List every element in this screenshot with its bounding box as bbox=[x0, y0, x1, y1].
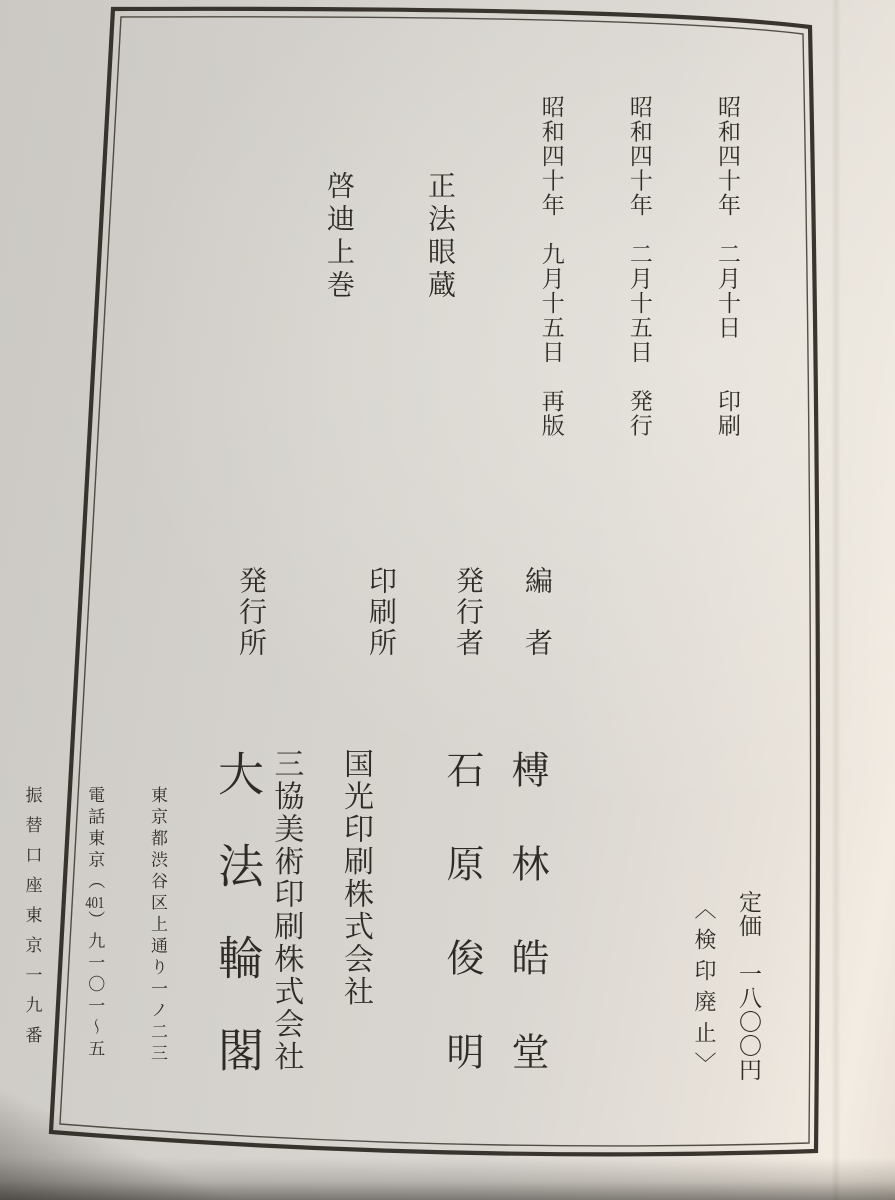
seal-abolished-note: 〈検印廃止〉 bbox=[691, 897, 717, 1083]
book-subtitle: 啓迪上巻 bbox=[321, 171, 356, 303]
photo-corner-shadow bbox=[0, 1090, 300, 1200]
publication-dates: 昭和四十年 二月十日 印刷 昭和四十年 二月十五日 発行 昭和四十年 九月十五日… bbox=[477, 95, 777, 438]
publisher-name: 大法輪閣 bbox=[211, 750, 262, 1118]
phone-prefix: 電話東京（ bbox=[85, 786, 104, 894]
book-colophon-photo: 昭和四十年 二月十日 印刷 昭和四十年 二月十五日 発行 昭和四十年 九月十五日… bbox=[0, 0, 895, 1200]
postal-transfer-line: 振替口座東京一九番 bbox=[21, 786, 42, 1066]
publisher-address-block: 東京都渋谷区上通り一ノ二三 電話東京（401）九一〇一〜五 振替口座東京一九番 bbox=[0, 786, 203, 1066]
editor-label: 編 者 bbox=[519, 566, 553, 659]
printer-name: 国光印刷株式会社 bbox=[338, 748, 372, 1073]
date-line-issue: 昭和四十年 二月十五日 発行 bbox=[626, 95, 653, 438]
book-title-block: 正法眼蔵 啓迪上巻 bbox=[255, 171, 493, 303]
page-crease-shadow bbox=[831, 0, 841, 1200]
book-title: 正法眼蔵 bbox=[422, 171, 457, 303]
publisher-label: 発行所 bbox=[233, 566, 267, 659]
publisher-person-label: 発行者 bbox=[450, 566, 484, 659]
price-label: 定価 一八〇〇円 bbox=[735, 890, 762, 1082]
address-line: 東京都渋谷区上通り一ノ二三 bbox=[146, 786, 167, 1066]
phone-line: 電話東京（401）九一〇一〜五 bbox=[84, 786, 105, 1066]
phone-suffix: ）九一〇一〜五 bbox=[85, 911, 104, 1062]
date-line-printing: 昭和四十年 二月十日 印刷 bbox=[714, 95, 741, 438]
printer-name: 三協美術印刷株式会社 bbox=[269, 748, 303, 1073]
printer-label: 印刷所 bbox=[363, 566, 397, 659]
publisher-person-name: 石原俊明 bbox=[438, 750, 482, 1126]
editor-name: 榑林皓堂 bbox=[503, 750, 547, 1126]
phone-exchange-number: 401 bbox=[85, 894, 104, 911]
date-line-reprint: 昭和四十年 九月十五日 再版 bbox=[538, 95, 565, 438]
